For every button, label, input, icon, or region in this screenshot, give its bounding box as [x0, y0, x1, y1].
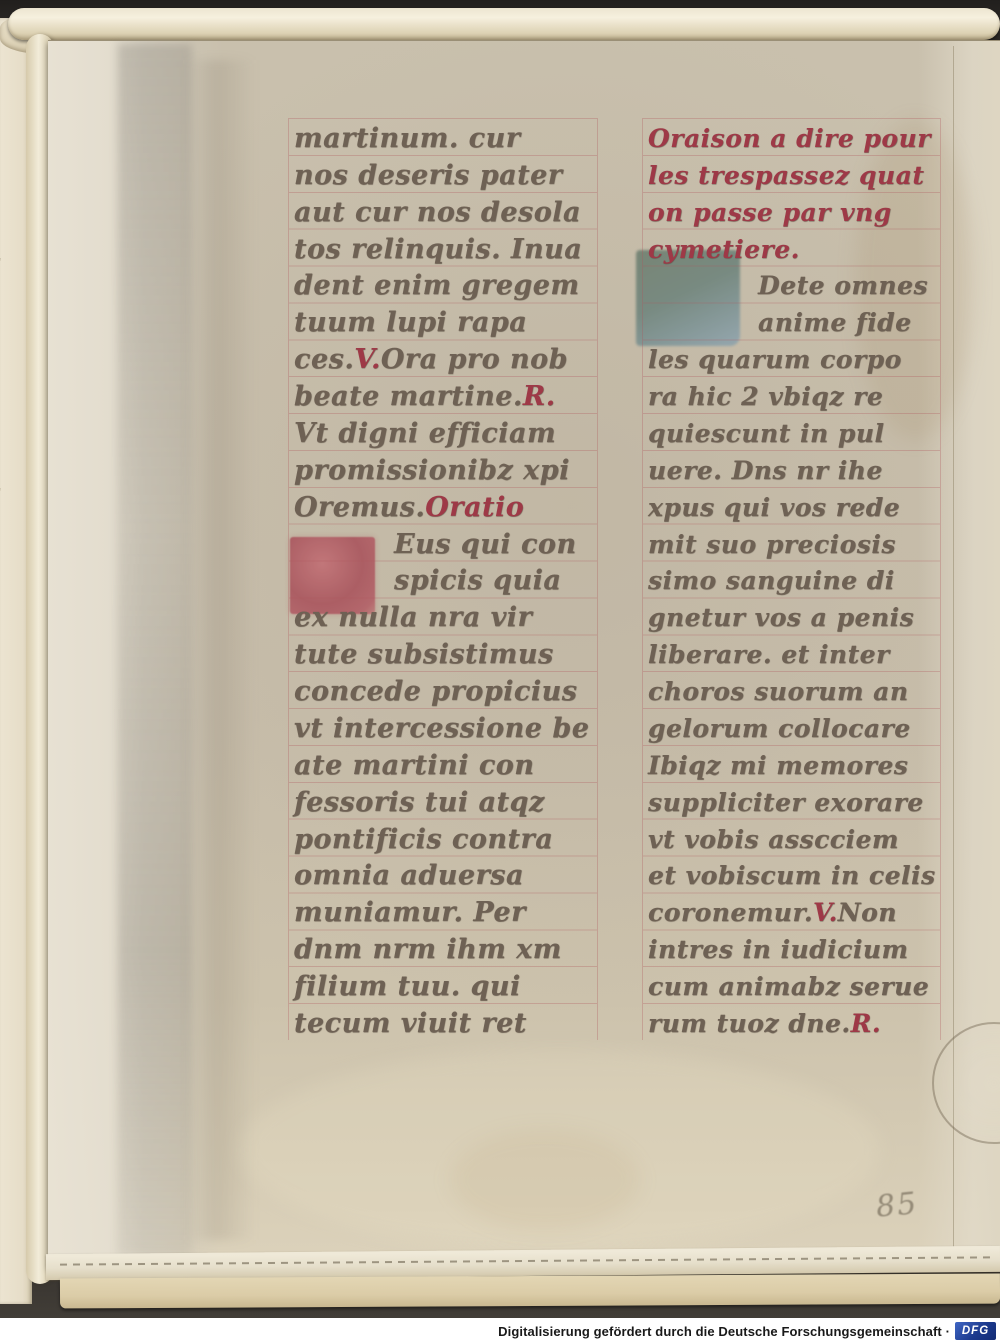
text-column-left: martinum. curnos deseris pateraut cur no… [288, 118, 598, 1040]
manuscript-text-line: Vt digni efficiam [294, 415, 598, 452]
manuscript-text-line: gelorum collocare [648, 710, 941, 747]
manuscript-text-line: martinum. cur [294, 120, 598, 157]
manuscript-text-line: intres in iudicium [648, 931, 941, 968]
ink-text: ces. [294, 344, 354, 375]
ink-text: gelorum collocare [648, 714, 911, 743]
ink-text: quiescunt in pul [648, 419, 885, 448]
gutter-mottling [118, 44, 192, 1254]
ink-text: choros suorum an [648, 677, 909, 706]
ink-text: dnm nrm ihm xm [294, 934, 562, 965]
ink-text: promissionibz xpi [294, 455, 570, 486]
column-text-left: martinum. curnos deseris pateraut cur no… [294, 120, 598, 1042]
manuscript-text-line: suppliciter exorare [648, 784, 941, 821]
rubric-text: V. [354, 344, 381, 375]
ink-text: Dete omnes [758, 271, 928, 300]
ink-text: Vt digni efficiam [294, 418, 556, 449]
manuscript-text-line: ces. V. Ora pro nob [294, 341, 598, 378]
ink-text: tuum lupi rapa [294, 307, 527, 338]
manuscript-text-line: anime fide [648, 304, 941, 341]
ink-text: suppliciter exorare [648, 788, 924, 817]
manuscript-text-line: les trespassez quat [648, 157, 941, 194]
ink-text: ra hic 2 vbiqz re [648, 382, 883, 411]
manuscript-text-line: fessoris tui atqz [294, 784, 598, 821]
credit-text: Digitalisierung gefördert durch die Deut… [498, 1324, 950, 1339]
ink-text: Ibiqz mi memores [648, 751, 908, 780]
ink-text: omnia aduersa [294, 860, 524, 891]
ink-text: intres in iudicium [648, 935, 908, 964]
manuscript-text-line: xpus qui vos rede [648, 489, 941, 526]
ink-text: uere. Dns nr ihe [648, 456, 883, 485]
manuscript-text-line: filium tuu. qui [294, 968, 598, 1005]
ink-text: Eus qui con [394, 529, 577, 560]
book-block-edge [60, 1274, 1000, 1309]
ink-text: liberare. et inter [648, 640, 890, 669]
ink-text: les quarum corpo [648, 345, 902, 374]
manuscript-text-line: dnm nrm ihm xm [294, 931, 598, 968]
ink-text: Non [838, 898, 897, 927]
manuscript-text-line: omnia aduersa [294, 858, 598, 895]
folio-number: 85 [874, 1186, 920, 1225]
manuscript-text-line: tute subsistimus [294, 636, 598, 673]
rubric-text: V. [813, 898, 838, 927]
manuscript-text-line: gnetur vos a penis [648, 599, 941, 636]
ink-text: anime fide [758, 308, 912, 337]
ink-text: ate martini con [294, 750, 534, 781]
manuscript-text-line: et vobiscum in celis [648, 858, 941, 895]
manuscript-text-line: vt intercessione be [294, 710, 598, 747]
manuscript-text-line: Eus qui con [294, 526, 598, 563]
manuscript-text-line: spicis quia [294, 563, 598, 600]
manuscript-text-line: muniamur. Per [294, 894, 598, 931]
manuscript-text-line: promissionibz xpi [294, 452, 598, 489]
manuscript-text-line: nos deseris pater [294, 157, 598, 194]
ink-text: cum animabz serue [648, 972, 929, 1001]
ink-text: Oremus. [294, 492, 425, 523]
ink-text: et vobiscum in celis [648, 861, 936, 890]
manuscript-text-line: Oremus. Oratio [294, 489, 598, 526]
ink-text: fessoris tui atqz [294, 787, 545, 818]
manuscript-text-line: cum animabz serue [648, 968, 941, 1005]
rubric-text: on passe par vng [648, 198, 892, 227]
text-column-right: Oraison a dire pourles trespassez quaton… [642, 118, 941, 1040]
manuscript-text-line: pontificis contra [294, 821, 598, 858]
dfg-logo: DFG [955, 1322, 996, 1340]
ink-text: dent enim gregem [294, 270, 580, 301]
ink-text: muniamur. Per [294, 897, 526, 928]
rubric-text: R. [851, 1009, 881, 1038]
manuscript-text-line: tos relinquis. Inua [294, 231, 598, 268]
manuscript-text-line: choros suorum an [648, 673, 941, 710]
parchment-cover-top-roll [8, 8, 1000, 40]
manuscript-text-line: coronemur. V. Non [648, 894, 941, 931]
manuscript-text-line: simo sanguine di [648, 563, 941, 600]
manuscript-text-line: les quarum corpo [648, 341, 941, 378]
manuscript-text-line: Oraison a dire pour [648, 120, 941, 157]
ink-text: coronemur. [648, 898, 813, 927]
manuscript-text-line: uere. Dns nr ihe [648, 452, 941, 489]
rubric-text: cymetiere. [648, 235, 800, 264]
ink-text: concede propicius [294, 676, 577, 707]
ink-text: tecum viuit ret [294, 1008, 527, 1039]
rubric-text: R. [523, 381, 556, 412]
ink-text: simo sanguine di [648, 566, 895, 595]
ink-text: pontificis contra [294, 824, 553, 855]
ink-text: martinum. cur [294, 123, 520, 154]
ink-text: nos deseris pater [294, 160, 563, 191]
ink-text: xpus qui vos rede [648, 493, 900, 522]
ink-text: filium tuu. qui [294, 971, 521, 1002]
manuscript-text-line: beate martine. R. [294, 378, 598, 415]
rubric-text: les trespassez quat [648, 161, 924, 190]
manuscript-text-line: vt vobis asscciem [648, 821, 941, 858]
ink-text: beate martine. [294, 381, 523, 412]
manuscript-text-line: mit suo preciosis [648, 526, 941, 563]
digitized-manuscript-scan: { "manuscript": { "folio_number": "85", … [0, 0, 1000, 1344]
manuscript-text-line: Dete omnes [648, 268, 941, 305]
manuscript-text-line: cymetiere. [648, 231, 941, 268]
ink-text: tute subsistimus [294, 639, 554, 670]
manuscript-text-line: concede propicius [294, 673, 598, 710]
manuscript-text-line: on passe par vng [648, 194, 941, 231]
gutter-shadow [185, 60, 255, 1240]
manuscript-text-line: Ibiqz mi memores [648, 747, 941, 784]
manuscript-text-line: ex nulla nra vir [294, 599, 598, 636]
manuscript-text-line: dent enim gregem [294, 268, 598, 305]
manuscript-text-line: liberare. et inter [648, 636, 941, 673]
ink-text: tos relinquis. Inua [294, 234, 582, 265]
manuscript-text-line: aut cur nos desola [294, 194, 598, 231]
ink-text: rum tuoz dne. [648, 1009, 851, 1038]
manuscript-text-line: quiescunt in pul [648, 415, 941, 452]
digitization-credit-bar: Digitalisierung gefördert durch die Deut… [0, 1318, 1000, 1344]
ink-text: mit suo preciosis [648, 530, 896, 559]
ink-text: gnetur vos a penis [648, 603, 914, 632]
rubric-text: Oratio [425, 492, 524, 523]
ink-text: spicis quia [394, 565, 561, 596]
ink-text: Ora pro nob [381, 344, 568, 375]
manuscript-text-line: tecum viuit ret [294, 1005, 598, 1042]
ink-text: ex nulla nra vir [294, 602, 532, 633]
ink-text: vt vobis asscciem [648, 825, 899, 854]
manuscript-text-line: ra hic 2 vbiqz re [648, 378, 941, 415]
ink-text: vt intercessione be [294, 713, 589, 744]
manuscript-text-line: ate martini con [294, 747, 598, 784]
column-text-right: Oraison a dire pourles trespassez quaton… [648, 120, 941, 1042]
ink-text: aut cur nos desola [294, 197, 581, 228]
manuscript-text-line: tuum lupi rapa [294, 304, 598, 341]
manuscript-text-line: rum tuoz dne. R. [648, 1005, 941, 1042]
rubric-text: Oraison a dire pour [648, 124, 931, 153]
